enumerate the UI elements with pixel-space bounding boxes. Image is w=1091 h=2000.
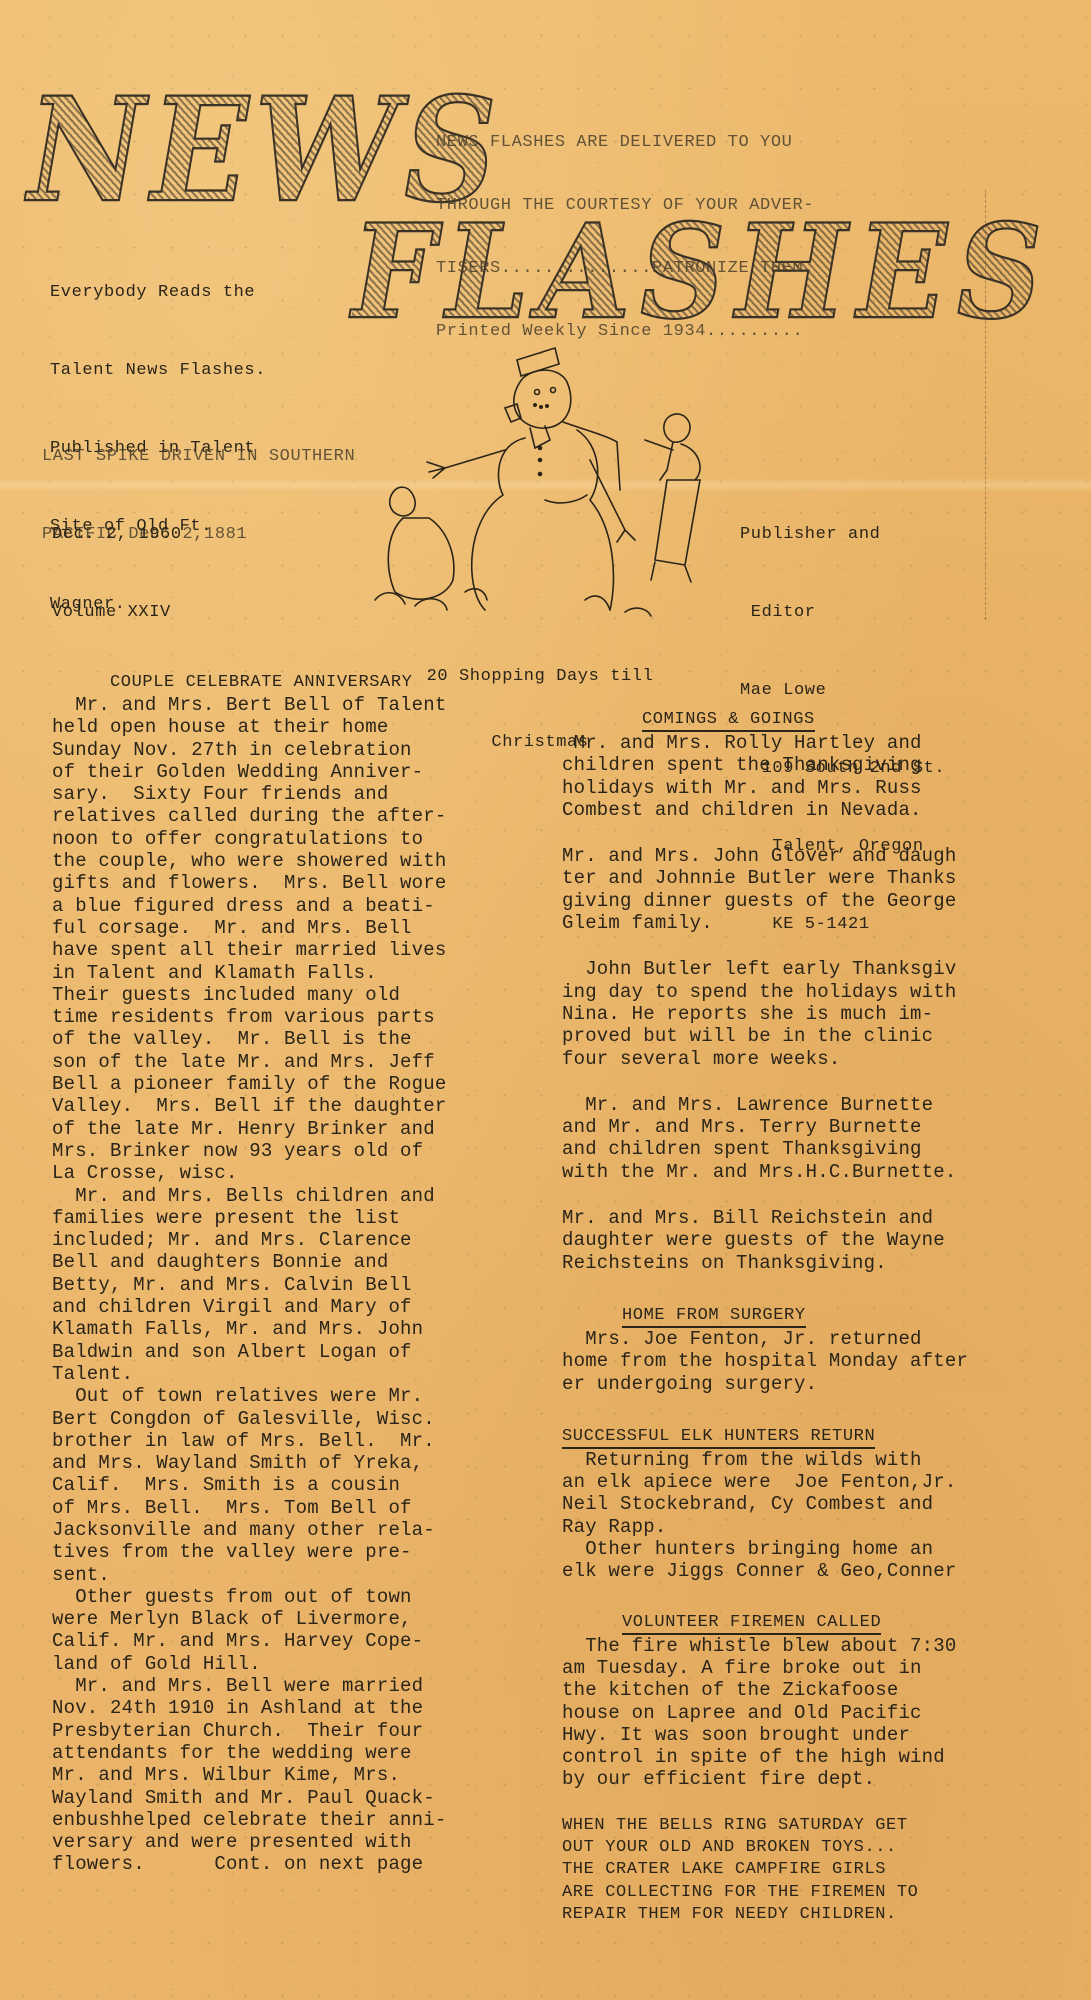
article-line: land of Gold Hill. — [52, 1653, 446, 1675]
article-line: of their Golden Wedding Anniver- — [52, 761, 446, 783]
article-line: Other guests from out of town — [52, 1586, 446, 1608]
comings-goings-item: Mr. and Mrs. Bill Reichstein anddaughter… — [562, 1207, 968, 1274]
issue-date: Dec. 2, 1960 — [52, 522, 182, 548]
article-line: Mr. and Mrs. Bell were married — [52, 1675, 446, 1697]
notice-line: THE CRATER LAKE CAMPFIRE GIRLS — [562, 1859, 968, 1881]
elk-hunters-headline: SUCCESSFUL ELK HUNTERS RETURN — [562, 1427, 875, 1449]
article-line: Neil Stockebrand, Cy Combest and — [562, 1493, 968, 1515]
article-line: brother in law of Mrs. Bell. Mr. — [52, 1430, 446, 1452]
article-line: families were present the list — [52, 1207, 446, 1229]
comings-goings-item: John Butler left early Thanksgiving day … — [562, 958, 968, 1069]
article-line: Ray Rapp. — [562, 1516, 968, 1538]
article-line: in Talent and Klamath Falls. — [52, 962, 446, 984]
article-line: have spent all their married lives — [52, 939, 446, 961]
article-line: versary and were presented with — [52, 1831, 446, 1853]
article-line: holidays with Mr. and Mrs. Russ — [562, 777, 968, 799]
article-line: Nina. He reports she is much im- — [562, 1003, 968, 1025]
article-line: and Mr. and Mrs. Terry Burnette — [562, 1116, 968, 1138]
article-line: Baldwin and son Albert Logan of — [52, 1341, 446, 1363]
delivery-notice-line: THROUGH THE COURTESY OF YOUR ADVER- — [436, 195, 814, 216]
article-line: Bell and daughters Bonnie and — [52, 1251, 446, 1273]
article-line: Other hunters bringing home an — [562, 1538, 968, 1560]
delivery-notice-line: TISERS..............PATRONIZE THEM — [436, 258, 814, 279]
article-line: Their guests included many old — [52, 984, 446, 1006]
article-line: Hwy. It was soon brought under — [562, 1724, 968, 1746]
article-line: Mrs. Brinker now 93 years old of — [52, 1140, 446, 1162]
article-line: Jacksonville and many other rela- — [52, 1519, 446, 1541]
tagline-line: Everybody Reads the — [50, 280, 266, 306]
article-line: attendants for the wedding were — [52, 1742, 446, 1764]
article-line: the kitchen of the Zickafoose — [562, 1679, 968, 1701]
article-line: Calif. Mrs. Smith is a cousin — [52, 1474, 446, 1496]
issue-volume: Volume XXIV — [52, 600, 182, 626]
delivery-notice: NEWS FLASHES ARE DELIVERED TO YOU THROUG… — [436, 90, 814, 363]
article-line: Mr. and Mrs. Rolly Hartley and — [562, 732, 968, 754]
article-line: Gleim family. — [562, 912, 968, 934]
right-column: COMINGS & GOINGS Mr. and Mrs. Rolly Hart… — [562, 708, 968, 1926]
article-line: Wayland Smith and Mr. Paul Quack- — [52, 1787, 446, 1809]
article-line: and children spent Thanksgiving — [562, 1138, 968, 1160]
article-line: gifts and flowers. Mrs. Bell wore — [52, 872, 446, 894]
notice-line: OUT YOUR OLD AND BROKEN TOYS... — [562, 1837, 968, 1859]
article-line: home from the hospital Monday after — [562, 1350, 968, 1372]
elk-hunters-article: Returning from the wilds withan elk apie… — [562, 1449, 968, 1583]
article-line: The fire whistle blew about 7:30 — [562, 1635, 968, 1657]
article-line: control in spite of the high wind — [562, 1746, 968, 1768]
article-line: the couple, who were showered with — [52, 850, 446, 872]
notice-line: ARE COLLECTING FOR THE FIREMEN TO — [562, 1882, 968, 1904]
article-line: of the valley. Mr. Bell is the — [52, 1028, 446, 1050]
publisher-line: Mae Lowe — [740, 678, 945, 704]
article-line: Bert Congdon of Galesville, Wisc. — [52, 1408, 446, 1430]
comings-goings-item: Mr. and Mrs. Lawrence Burnetteand Mr. an… — [562, 1094, 968, 1183]
article-line: and Mrs. Wayland Smith of Yreka, — [52, 1452, 446, 1474]
surgery-headline: HOME FROM SURGERY — [622, 1306, 806, 1328]
article-line: Mr. and Mrs. Bill Reichstein and — [562, 1207, 968, 1229]
anniversary-headline: COUPLE CELEBRATE ANNIVERSARY — [110, 672, 412, 694]
article-line: Mr. and Mrs. Bert Bell of Talent — [52, 694, 446, 716]
article-line: ter and Johnnie Butler were Thanks — [562, 867, 968, 889]
article-line: Valley. Mrs. Bell if the daughter — [52, 1095, 446, 1117]
article-line: were Merlyn Black of Livermore, — [52, 1608, 446, 1630]
article-line: of Mrs. Bell. Mrs. Tom Bell of — [52, 1497, 446, 1519]
article-line: Reichsteins on Thanksgiving. — [562, 1252, 968, 1274]
article-line: tives from the valley were pre- — [52, 1541, 446, 1563]
article-line: ing day to spend the holidays with — [562, 981, 968, 1003]
tagline-line: Talent News Flashes. — [50, 358, 266, 384]
article-line: and children Virgil and Mary of — [52, 1296, 446, 1318]
article-line: time residents from various parts — [52, 1006, 446, 1028]
history-note-line: LAST SPIKE DRIVEN IN SOUTHERN — [42, 444, 355, 470]
article-line: children spent the Thanksgiving — [562, 754, 968, 776]
article-line: Mr. and Mrs. Bells children and — [52, 1185, 446, 1207]
publisher-line: Editor — [740, 600, 945, 626]
article-line: proved but will be in the clinic — [562, 1025, 968, 1047]
article-line: relatives called during the after- — [52, 805, 446, 827]
article-line: noon to offer congratulations to — [52, 828, 446, 850]
article-line: er undergoing surgery. — [562, 1373, 968, 1395]
publisher-line: Publisher and — [740, 522, 945, 548]
column-rule — [985, 190, 987, 620]
article-line: held open house at their home — [52, 716, 446, 738]
article-line: John Butler left early Thanksgiv — [562, 958, 968, 980]
article-line: Presbyterian Church. Their four — [52, 1720, 446, 1742]
snowman-illustration — [355, 330, 735, 620]
article-line: elk were Jiggs Conner & Geo,Conner — [562, 1560, 968, 1582]
issue-info: Dec. 2, 1960 Volume XXIV — [52, 470, 182, 652]
article-line: Bell a pioneer family of the Rogue — [52, 1073, 446, 1095]
article-line: am Tuesday. A fire broke out in — [562, 1657, 968, 1679]
article-line: Out of town relatives were Mr. — [52, 1385, 446, 1407]
article-line: Mr. and Mrs. John Glover and daugh — [562, 845, 968, 867]
article-line: a blue figured dress and a beati- — [52, 895, 446, 917]
article-line: Returning from the wilds with — [562, 1449, 968, 1471]
article-line: Calif. Mr. and Mrs. Harvey Cope- — [52, 1630, 446, 1652]
article-line: Klamath Falls, Mr. and Mrs. John — [52, 1318, 446, 1340]
notice-line: REPAIR THEM FOR NEEDY CHILDREN. — [562, 1904, 968, 1926]
article-line: Mrs. Joe Fenton, Jr. returned — [562, 1328, 968, 1350]
article-line: enbushhelped celebrate their anni- — [52, 1809, 446, 1831]
article-line: included; Mr. and Mrs. Clarence — [52, 1229, 446, 1251]
article-line: of the late Mr. Henry Brinker and — [52, 1118, 446, 1140]
comings-goings-item: Mr. and Mrs. John Glover and daughter an… — [562, 845, 968, 934]
article-line: sent. — [52, 1564, 446, 1586]
article-line: four several more weeks. — [562, 1048, 968, 1070]
article-line: by our efficient fire dept. — [562, 1768, 968, 1790]
notice-line: WHEN THE BELLS RING SATURDAY GET — [562, 1815, 968, 1837]
article-line: daughter were guests of the Wayne — [562, 1229, 968, 1251]
article-line: Nov. 24th 1910 in Ashland at the — [52, 1697, 446, 1719]
article-line: Talent. — [52, 1363, 446, 1385]
article-line: Betty, Mr. and Mrs. Calvin Bell — [52, 1274, 446, 1296]
comings-goings-item: Mr. and Mrs. Rolly Hartley andchildren s… — [562, 732, 968, 821]
article-line: Mr. and Mrs. Lawrence Burnette — [562, 1094, 968, 1116]
surgery-article: Mrs. Joe Fenton, Jr. returnedhome from t… — [562, 1328, 968, 1395]
anniversary-article: Mr. and Mrs. Bert Bell of Talentheld ope… — [52, 694, 446, 1876]
firemen-headline: VOLUNTEER FIREMEN CALLED — [622, 1613, 881, 1635]
article-line: Combest and children in Nevada. — [562, 799, 968, 821]
firemen-article: The fire whistle blew about 7:30am Tuesd… — [562, 1635, 968, 1791]
article-line: son of the late Mr. and Mrs. Jeff — [52, 1051, 446, 1073]
article-line: Mr. and Mrs. Wilbur Kime, Mrs. — [52, 1764, 446, 1786]
article-line: ful corsage. Mr. and Mrs. Bell — [52, 917, 446, 939]
article-line: sary. Sixty Four friends and — [52, 783, 446, 805]
article-line: with the Mr. and Mrs.H.C.Burnette. — [562, 1161, 968, 1183]
article-line: an elk apiece were Joe Fenton,Jr. — [562, 1471, 968, 1493]
article-line: La Crosse, wisc. — [52, 1162, 446, 1184]
article-line: Sunday Nov. 27th in celebration — [52, 739, 446, 761]
article-line: house on Lapree and Old Pacific — [562, 1702, 968, 1724]
delivery-notice-line: NEWS FLASHES ARE DELIVERED TO YOU — [436, 132, 814, 153]
article-line: flowers. Cont. on next page — [52, 1853, 446, 1875]
comings-goings-headline: COMINGS & GOINGS — [642, 710, 815, 732]
article-line: giving dinner guests of the George — [562, 890, 968, 912]
toy-drive-notice: WHEN THE BELLS RING SATURDAY GETOUT YOUR… — [562, 1815, 968, 1926]
